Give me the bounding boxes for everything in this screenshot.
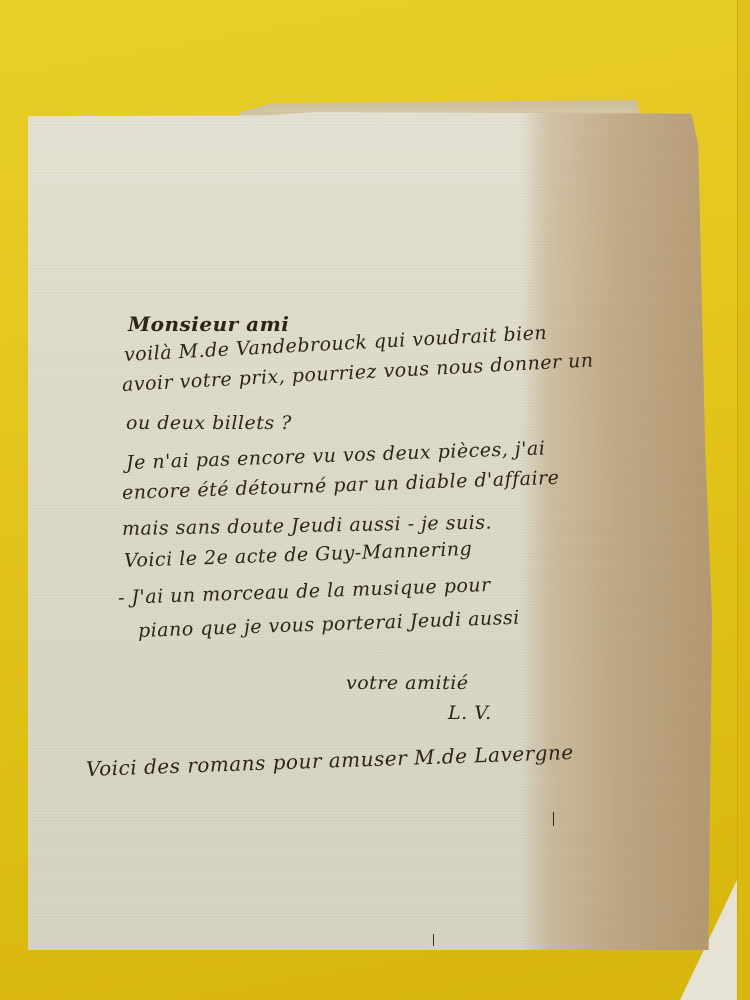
letter-salutation: Monsieur ami [128, 312, 289, 336]
ink-mark [553, 812, 554, 826]
letter-line: Voici le 2e acte de Guy-Mannering [124, 538, 473, 572]
letter-line: encore été détourné par un diable d'affa… [122, 467, 560, 504]
handwritten-letter: Monsieur ami voilà M.de Vandebrouck qui … [28, 112, 712, 950]
background-right-strip [737, 0, 750, 1000]
letter-line: - J'ai un morceau de la musique pour [118, 574, 491, 609]
letter-postscript: Voici des romans pour amuser M.de Laverg… [86, 740, 574, 781]
letter-line: mais sans doute Jeudi aussi - je suis. [122, 512, 492, 540]
letter-signature: L. V. [448, 702, 492, 724]
letter-paper: Monsieur ami voilà M.de Vandebrouck qui … [28, 112, 712, 950]
letter-closing: votre amitié [346, 672, 469, 694]
ink-mark [433, 934, 434, 946]
letter-line: ou deux billets ? [126, 412, 292, 434]
letter-line: piano que je vous porterai Jeudi aussi [138, 607, 520, 642]
